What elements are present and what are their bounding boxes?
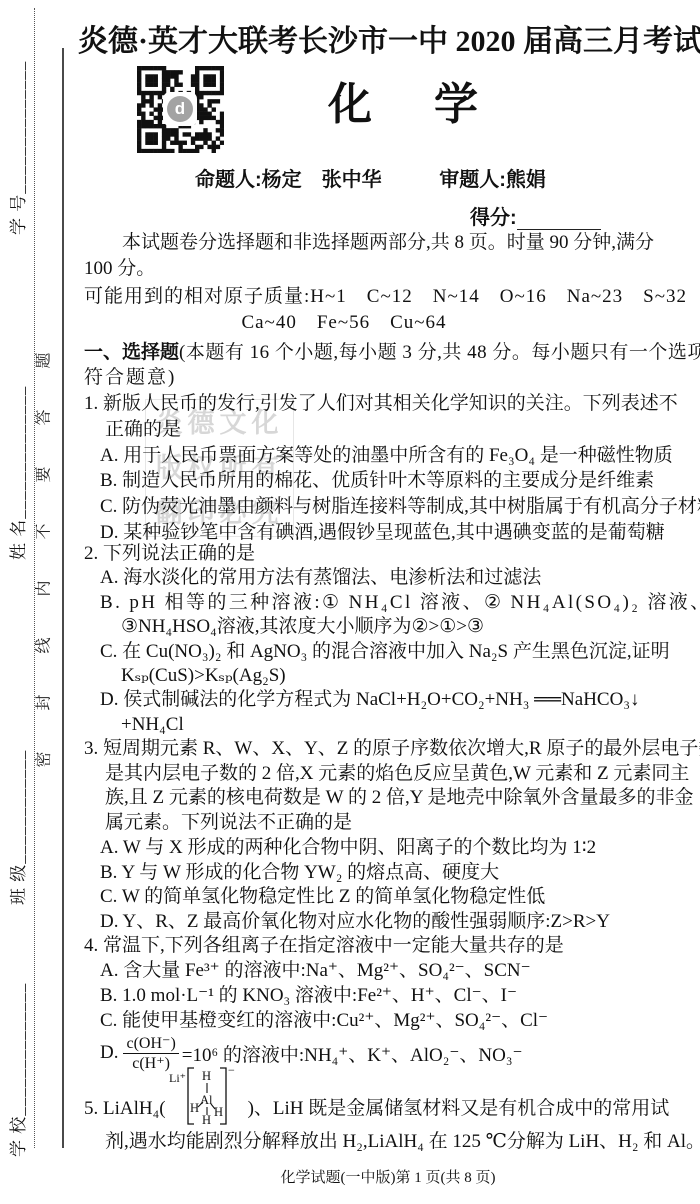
question-3: 3. 短周期元素 R、W、X、Y、Z 的原子序数依次增大,R 原子的最外层电子数… [84,737,696,935]
q4-stem: 4. 常温下,下列各组离子在指定溶液中一定能大量共存的是 [84,933,696,958]
reviewer-label: 审题人:熊娟 [439,169,546,191]
q1-stem: 正确的是 [84,417,696,443]
q2-option-c-cont: Kₛₚ(CuS)>Kₛₚ(Ag₂S) [84,664,696,688]
q2-stem: 2. 下列说法正确的是 [84,542,696,566]
q5-stem-pre: 5. LiAlH₄( [84,1098,166,1128]
q1-option-a: A. 用于人民币票面方案等处的油墨中所含有的 Fe₃O₄ 是一种磁性物质 [84,443,696,469]
q4-option-d-num: D. [100,1042,118,1064]
q5-stem-post: )、LiH 既是金属储氢材料又是有机合成中的常用试 [248,1098,670,1128]
section-note: (本题有 16 个小题,每小题 3 分,共 48 分。每小题只有一个选项 [179,342,700,363]
section-heading: 一、选择题(本题有 16 个小题,每小题 3 分,共 48 分。每小题只有一个选… [84,340,696,390]
q2-option-d-cont: +NH₄Cl [84,713,696,737]
seal-char: 线 [36,637,53,655]
fraction-numerator: c(OH⁻) [123,1034,178,1054]
question-4: 4. 常温下,下列各组离子在指定溶液中一定能大量共存的是 A. 含大量 Fe³⁺… [84,933,696,1033]
seal-char: 密 [36,751,53,769]
q3-option-a: A. W 与 X 形成的两种化合物中阴、阳离子的个数比均为 1∶2 [84,836,696,861]
exam-authors: 命题人:杨定 张中华 审题人:熊娟 [195,163,546,192]
q3-stem: 3. 短周期元素 R、W、X、Y、Z 的原子序数依次增大,R 原子的最外层电子数 [84,737,696,762]
q3-stem: 族,且 Z 元素的核电荷数是 W 的 2 倍,Y 是地壳中除氧外含量最多的非金 [84,786,696,811]
subject-char: 化 [328,82,372,128]
seal-line-text: 题 答 要 不 内 线 封 密 [35,352,53,768]
q5-stem-line2: 剂,遇水均能剧烈分解释放出 H₂,LiAlH₄ 在 125 ℃分解为 LiH、H… [84,1130,700,1154]
intro-line: 本试题卷分选择题和非选择题两部分,共 8 页。时量 90 分钟,满分 [84,230,696,256]
question-5: 5. LiAlH₄( Li⁺ − H H H H Al )、LiH 既是金属储氢… [84,1062,696,1128]
seal-char: 不 [36,523,53,541]
q3-stem: 属元素。下列说法不正确的是 [84,811,696,836]
q3-stem: 是其内层电子数的 2 倍,X 元素的焰色反应呈黄色,W 元素和 Z 元素同主 [84,762,696,787]
score-row: 得分: [470,201,601,230]
seal-char: 要 [36,466,53,484]
masses-line: Ca~40 Fe~56 Cu~64 [84,310,604,336]
q2-option-a: A. 海水淡化的常用方法有蒸馏法、电渗析法和过滤法 [84,566,696,590]
q1-option-b: B. 制造人民币所用的棉花、优质针叶木等原料的主要成分是纤维素 [84,468,696,494]
masses-line: 可能用到的相对原子质量:H~1 C~12 N~14 O~16 Na~23 S~3… [84,284,696,310]
proposer-label: 命题人:杨定 张中华 [195,169,382,191]
score-blank [517,209,601,230]
charge-label: − [228,1063,235,1077]
h-atom-bottom: H [202,1113,211,1127]
h-atom-top: H [202,1069,211,1083]
class-field: 班 级____________ [4,725,24,905]
intro-paragraph: 本试题卷分选择题和非选择题两部分,共 8 页。时量 90 分钟,满分 100 分… [84,230,696,282]
exam-title: 炎德·英才大联考长沙市一中 2020 届高三月考试卷(四) [78,16,694,60]
exam-page: 学 号______________ 姓 名______________ 班 级_… [0,0,700,1204]
student-id-field: 学 号______________ [4,35,24,235]
h-atom-right: H [214,1105,223,1119]
left-bracket [188,1068,194,1124]
q1-option-c: C. 防伪荧光油墨由颜料与树脂连接料等制成,其中树脂属于有机高分子材料 [84,494,696,520]
student-name-field: 姓 名______________ [4,340,24,560]
score-label: 得分: [470,201,517,230]
section-note: 符合题意) [84,365,696,390]
q2-option-b-cont: ③NH₄HSO₄溶液,其浓度大小顺序为②>①>③ [84,615,696,639]
atomic-masses: 可能用到的相对原子质量:H~1 C~12 N~14 O~16 Na~23 S~3… [84,284,696,336]
intro-line: 100 分。 [84,256,696,282]
subject-char: 学 [434,82,478,128]
lithium-ion-label: Li⁺ [169,1071,186,1085]
seal-char: 封 [36,694,53,712]
q3-option-c: C. W 的简单氢化物稳定性比 Z 的简单氢化物稳定性低 [84,885,696,910]
qr-logo: d [163,92,197,126]
section-title: 一、选择题 [84,342,179,363]
school-field: 学 校______________ [4,957,24,1157]
subject-title: 化 学 [328,82,478,128]
question-1: 1. 新版人民币的发行,引发了人们对其相关化学知识的关注。下列表述不 正确的是 … [84,391,696,546]
seal-char: 答 [36,409,53,427]
q3-option-b: B. Y 与 W 形成的化合物 YW₂ 的熔点高、硬度大 [84,861,696,886]
q2-option-d: D. 侯式制碱法的化学方程式为 NaCl+H₂O+CO₂+NH₃ ══NaHCO… [84,688,696,712]
q1-stem: 1. 新版人民币的发行,引发了人们对其相关化学知识的关注。下列表述不 [84,391,696,417]
qr-code: d [137,66,224,153]
q2-option-b: B. pH 相等的三种溶液:① NH₄Cl 溶液、② NH₄Al(SO₄)₂ 溶… [84,591,696,615]
q4-option-b: B. 1.0 mol·L⁻¹ 的 KNO₃ 溶液中:Fe²⁺、H⁺、Cl⁻、I⁻ [84,983,696,1008]
lialh4-structure-diagram: Li⁺ − H H H H Al [167,1062,247,1128]
q4-option-a: A. 含大量 Fe³⁺ 的溶液中:Na⁺、Mg²⁺、SO₄²⁻、SCN⁻ [84,958,696,983]
q3-option-d: D. Y、R、Z 最高价氧化物对应水化物的酸性强弱顺序:Z>R>Y [84,910,696,935]
seal-char: 题 [36,352,53,370]
seal-char: 内 [36,580,53,598]
q2-option-c: C. 在 Cu(NO₃)₂ 和 AgNO₃ 的混合溶液中加入 Na₂S 产生黑色… [84,640,696,664]
question-2: 2. 下列说法正确的是 A. 海水淡化的常用方法有蒸馏法、电渗析法和过滤法 B.… [84,542,696,737]
margin-solid-line [62,48,64,1148]
h-atom-left: H [190,1101,199,1115]
page-footer: 化学试题(一中版)第 1 页(共 8 页) [84,1166,692,1187]
